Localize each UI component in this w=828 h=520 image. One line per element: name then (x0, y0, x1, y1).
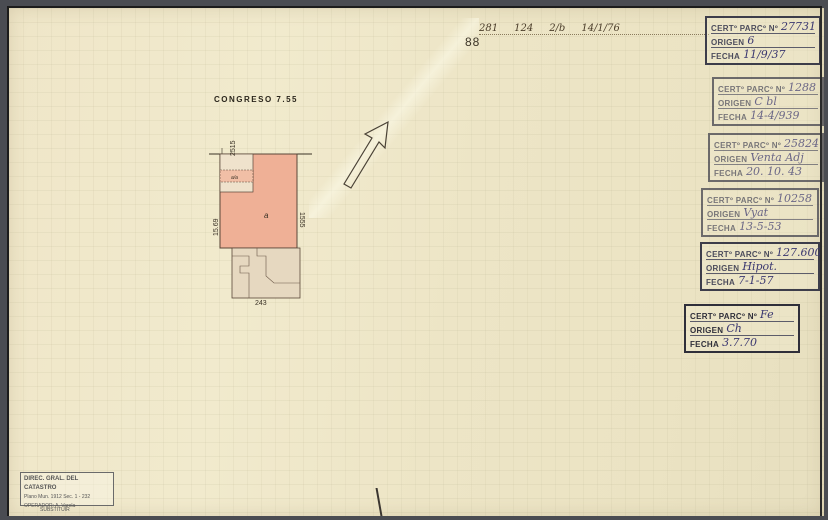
date-value: 11/9/37 (743, 48, 785, 61)
date-value: 7-1-57 (738, 274, 773, 287)
sheet-number: 88 (465, 35, 480, 49)
cert-number: 10258 (777, 192, 812, 205)
origin-value: Venta Adj (750, 151, 803, 164)
certificate-stamp-1: CERTº PARCº Nº27731 ORIGEN6 FECHA11/9/37 (705, 16, 821, 65)
origin-value: Vyat (743, 206, 768, 219)
cadastre-office-stamp: DIREC. GRAL. DEL CATASTRO Plano Mun. 191… (20, 472, 114, 506)
certificate-stamp-5: CERTº PARCº Nº127.600 ORIGENHipot. FECHA… (700, 242, 820, 291)
origin-value: Hipot. (742, 260, 777, 273)
office-stamp-sub: SUBSTITUIR (40, 507, 70, 513)
date-value: 20. 10. 43 (746, 165, 802, 178)
street-label: CONGRESO 7.55 (214, 95, 298, 104)
header-field-1: 281 (479, 23, 498, 34)
frontage-dimension: 2515 (230, 140, 237, 156)
plot-diagram: a/a a (209, 148, 319, 308)
header-ruled-line: 281 124 2/b 14/1/76 (479, 18, 709, 35)
paper-tear (376, 488, 383, 516)
date-value: 3.7.70 (722, 336, 757, 349)
certificate-stamp-3: CERTº PARCº Nº25824 ORIGENVenta Adj FECH… (708, 133, 824, 182)
origin-value: 6 (747, 34, 754, 47)
scan-right-edge (820, 8, 822, 516)
certificate-stamp-2: CERTº PARCº Nº1288 ORIGENC bl FECHA14-4/… (712, 77, 824, 126)
date-value: 13-5-53 (739, 220, 781, 233)
cert-number: Fe (760, 308, 774, 321)
rear-dimension: 243 (255, 300, 267, 307)
origin-value: Ch (726, 322, 742, 335)
cert-number: 27731 (781, 20, 816, 33)
certificate-stamp-4: CERTº PARCº Nº10258 ORIGENVyat FECHA13-5… (701, 188, 819, 237)
header-field-2: 124 (514, 23, 533, 34)
small-unit-label: a/a (231, 175, 238, 181)
cert-number: 127.600 (776, 246, 822, 259)
north-arrow-icon (339, 118, 399, 198)
cert-number: 1288 (788, 81, 816, 94)
plot-inner-label: a (264, 211, 269, 220)
header-field-4: 14/1/76 (581, 23, 620, 34)
origin-value: C bl (754, 95, 776, 108)
left-side-dimension: 15.69 (213, 218, 220, 236)
right-side-dimension: 1555 (298, 212, 305, 228)
plat-sheet: 281 124 2/b 14/1/76 88 CONGRESO 7.55 a/a… (7, 8, 824, 516)
certificate-stamp-6: CERTº PARCº NºFe ORIGENCh FECHA3.7.70 (684, 304, 800, 353)
header-field-3: 2/b (549, 23, 565, 34)
date-value: 14-4/939 (750, 109, 799, 122)
cert-number: 25824 (784, 137, 819, 150)
